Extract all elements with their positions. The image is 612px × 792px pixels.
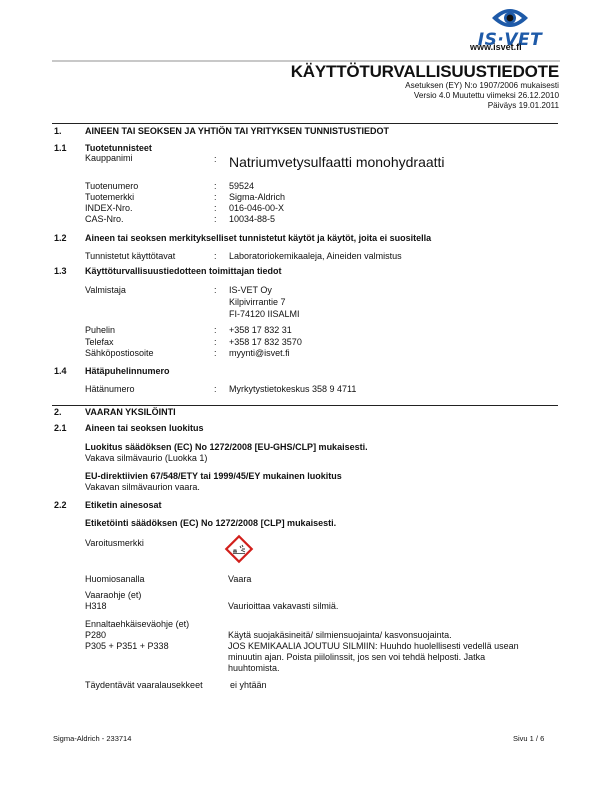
email-link[interactable]: myynti@isvet.fi <box>229 348 290 358</box>
subsection-title: Aineen tai seoksen luokitus <box>85 423 204 433</box>
colon: : <box>214 337 217 347</box>
page-number: Sivu 1 / 6 <box>513 734 544 743</box>
eu-classification-text: Vakavan silmävaurion vaara. <box>85 482 200 492</box>
subsection-title: Tuotetunnisteet <box>85 143 152 153</box>
manufacturer-street: Kilpivirrantie 7 <box>229 297 286 307</box>
section-rule <box>52 405 558 406</box>
subsection-number: 2.2 <box>54 500 67 510</box>
colon: : <box>214 192 217 202</box>
section-number: 1. <box>54 126 62 136</box>
field-label: Tunnistetut käyttötavat <box>85 251 175 261</box>
eu-classification-heading: EU-direktiivien 67/548/ETY tai 1999/45/E… <box>85 471 342 481</box>
subsection-title: Etiketin ainesosat <box>85 500 162 510</box>
cas-number: 10034-88-5 <box>229 214 275 224</box>
subsection-number: 1.4 <box>54 366 67 376</box>
precaution-code: P305 + P351 + P338 <box>85 641 169 651</box>
supplementary-value: ei yhtään <box>230 680 267 690</box>
regulation-line: Asetuksen (EY) N:o 1907/2006 mukaisesti <box>405 81 559 90</box>
field-label: Valmistaja <box>85 285 126 295</box>
phone: +358 17 832 31 <box>229 325 292 335</box>
index-number: 016-046-00-X <box>229 203 284 213</box>
field-label: Sähköpostiosoite <box>85 348 154 358</box>
ghs-classification-text: Vakava silmävaurio (Luokka 1) <box>85 453 207 463</box>
subsection-title: Aineen tai seoksen merkitykselliset tunn… <box>85 233 431 243</box>
trade-name: Natriumvetysulfaatti monohydraatti <box>229 154 445 170</box>
subsection-number: 1.1 <box>54 143 67 153</box>
logo-url: www.isvet.fi <box>470 42 522 52</box>
trade-name-label: Kauppanimi <box>85 153 133 163</box>
eye-icon <box>492 9 528 27</box>
field-label: Puhelin <box>85 325 115 335</box>
precaution-text: Käytä suojakäsineitä/ silmiensuojainta/ … <box>228 630 452 640</box>
colon: : <box>214 384 217 394</box>
ghs05-corrosion-icon <box>224 534 254 564</box>
version-line: Versio 4.0 Muutettu viimeksi 26.12.2010 <box>414 91 559 100</box>
colon: : <box>214 285 217 295</box>
colon: : <box>214 325 217 335</box>
subsection-number: 1.3 <box>54 266 67 276</box>
document-title: KÄYTTÖTURVALLISUUSTIEDOTE <box>291 62 559 82</box>
colon: : <box>214 251 217 261</box>
footer-product-ref: Sigma-Aldrich - 233714 <box>53 734 131 743</box>
hazard-statements-label: Vaaraohje (et) <box>85 590 141 600</box>
product-number: 59524 <box>229 181 254 191</box>
field-label: Tuotenumero <box>85 181 138 191</box>
section-number: 2. <box>54 407 62 417</box>
date-line: Päiväys 19.01.2011 <box>488 101 559 110</box>
precautionary-label: Ennaltaehkäiseväohje (et) <box>85 619 189 629</box>
colon: : <box>214 181 217 191</box>
hazard-text: Vaurioittaa vakavasti silmiä. <box>228 601 338 611</box>
subsection-title: Hätäpuhelinnumero <box>85 366 170 376</box>
section-title: VAARAN YKSILÖINTI <box>85 407 176 417</box>
supplementary-label: Täydentävät vaaralausekkeet <box>85 680 203 690</box>
section-title: AINEEN TAI SEOKSEN JA YHTIÖN TAI YRITYKS… <box>85 126 389 136</box>
field-label: CAS-Nro. <box>85 214 124 224</box>
hazard-code: H318 <box>85 601 107 611</box>
manufacturer-city: FI-74120 IISALMI <box>229 309 300 319</box>
field-label: Hätänumero <box>85 384 135 394</box>
precaution-text-line: JOS KEMIKAALIA JOUTUU SILMIIN: Huuhdo hu… <box>228 641 519 651</box>
colon: : <box>214 214 217 224</box>
subsection-title: Käyttöturvallisuustiedotteen toimittajan… <box>85 266 282 276</box>
subsection-number: 2.1 <box>54 423 67 433</box>
precaution-code: P280 <box>85 630 106 640</box>
pictogram-label: Varoitusmerkki <box>85 538 144 548</box>
precaution-text-line: huuhtomista. <box>228 663 280 673</box>
signal-word: Vaara <box>228 574 251 584</box>
precaution-text-line: minuutin ajan. Poista piilolinssit, jos … <box>228 652 485 662</box>
colon: : <box>214 203 217 213</box>
brand: Sigma-Aldrich <box>229 192 285 202</box>
ghs-classification-heading: Luokitus säädöksen (EC) No 1272/2008 [EU… <box>85 442 368 452</box>
manufacturer-name: IS-VET Oy <box>229 285 272 295</box>
colon: : <box>214 154 217 164</box>
subsection-number: 1.2 <box>54 233 67 243</box>
section-rule <box>52 123 558 124</box>
field-label: INDEX-Nro. <box>85 203 133 213</box>
colon: : <box>214 348 217 358</box>
field-label: Telefax <box>85 337 114 347</box>
field-label: Tuotemerkki <box>85 192 134 202</box>
labelling-heading: Etiketöinti säädöksen (EC) No 1272/2008 … <box>85 518 336 528</box>
identified-uses: Laboratoriokemikaaleja, Aineiden valmist… <box>229 251 402 261</box>
fax: +358 17 832 3570 <box>229 337 302 347</box>
signal-word-label: Huomiosanalla <box>85 574 145 584</box>
emergency-number: Myrkytystietokeskus 358 9 4711 <box>229 384 356 394</box>
